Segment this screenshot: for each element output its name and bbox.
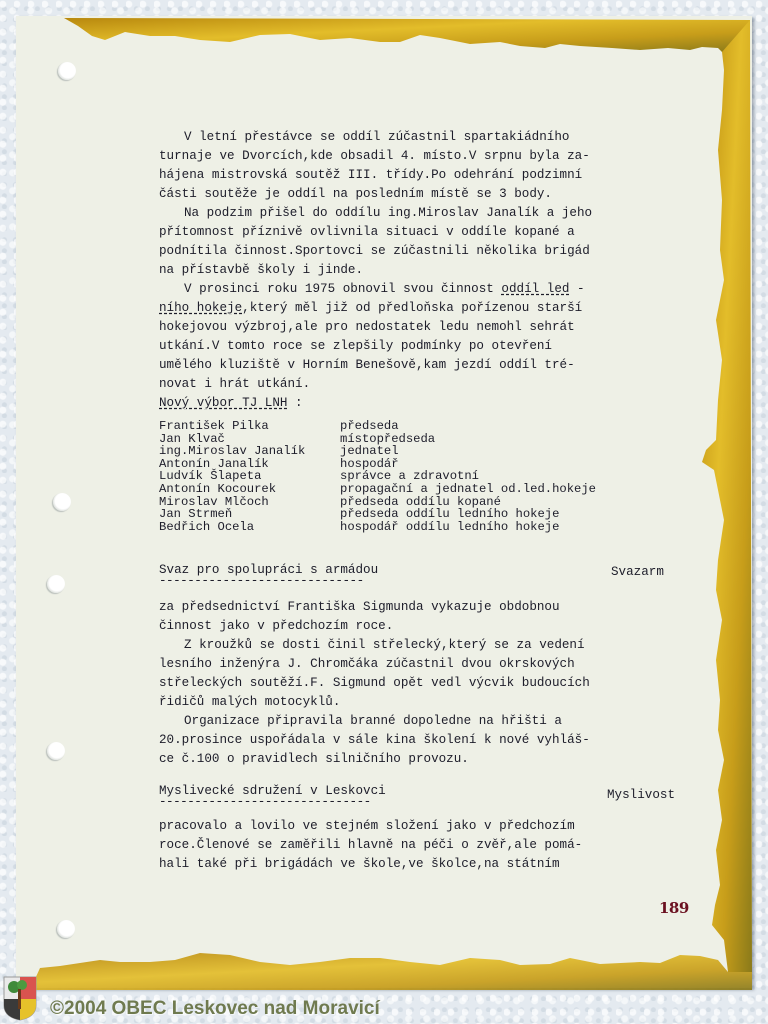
text-line: Organizace připravila branné dopoledne n… bbox=[159, 712, 562, 731]
member-role: předseda bbox=[340, 420, 399, 433]
member-role: hospodář oddílu ledního hokeje bbox=[340, 521, 559, 534]
binder-hole bbox=[58, 62, 76, 80]
text-line: části soutěže je oddíl na posledním míst… bbox=[159, 185, 552, 204]
committee-list: František PilkapředsedaJan Klvačmístopře… bbox=[159, 420, 596, 533]
text-fragment: - bbox=[569, 282, 584, 296]
member-role: propagační a jednatel od.led.hokeje bbox=[340, 483, 596, 496]
binder-hole bbox=[53, 493, 71, 511]
side-label-svazarm: Svazarm bbox=[611, 565, 664, 579]
copyright-footer: ©2004 OBEC Leskovec nad Moravicí bbox=[50, 998, 380, 1020]
text-line: 20.prosince uspořádala v sále kina škole… bbox=[159, 731, 590, 750]
text-line: turnaje ve Dvorcích,kde obsadil 4. místo… bbox=[159, 147, 590, 166]
member-role: jednatel bbox=[340, 445, 399, 458]
page-number: 189 bbox=[659, 899, 689, 917]
text-line: hokejovou výzbroj,ale pro nedostatek led… bbox=[159, 318, 575, 337]
text-line: roce.Členové se zaměřili hlavně na péči … bbox=[159, 836, 582, 855]
binder-hole bbox=[47, 742, 65, 760]
text-line: V letní přestávce se oddíl zúčastnil spa… bbox=[159, 128, 569, 147]
committee-member-row: Jan Strmeňpředseda oddílu ledního hokeje bbox=[159, 508, 596, 521]
member-name: Jan Strmeň bbox=[159, 508, 340, 521]
text-line: střeleckých soutěží.F. Sigmund opět vedl… bbox=[159, 674, 590, 693]
text-line: lesního inženýra J. Chromčáka zúčastnil … bbox=[159, 655, 575, 674]
member-name: Bedřich Ocela bbox=[159, 521, 340, 534]
text-line: hájena mistrovská soutěž III. třídy.Po o… bbox=[159, 166, 582, 185]
text-line: přítomnost příznivě ovlivnila situaci v … bbox=[159, 223, 575, 242]
municipal-coat-of-arms-icon bbox=[2, 975, 38, 1021]
side-label-myslivost: Myslivost bbox=[607, 788, 675, 802]
text-line: V prosinci roku 1975 obnovil svou činnos… bbox=[159, 280, 585, 299]
text-line: hali také při brigádách ve škole,ve škol… bbox=[159, 855, 560, 874]
text-line: na přístavbě školy i jinde. bbox=[159, 261, 363, 280]
heading-underline: ------------------------------ bbox=[159, 795, 371, 809]
text-line: novat i hrát utkání. bbox=[159, 375, 310, 394]
committee-heading: Nový výbor TJ LNH : bbox=[159, 394, 303, 413]
text-line: Z kroužků se dosti činil střelecký,který… bbox=[159, 636, 585, 655]
text-line: činnost jako v předchozím roce. bbox=[159, 617, 393, 636]
text-line: ce č.100 o pravidlech silničního provozu… bbox=[159, 750, 469, 769]
underlined-text: ního hokeje bbox=[159, 301, 242, 315]
committee-member-row: ing.Miroslav Janalíkjednatel bbox=[159, 445, 596, 458]
member-name: František Pilka bbox=[159, 420, 340, 433]
committee-member-row: Antonín Kocourekpropagační a jednatel od… bbox=[159, 483, 596, 496]
text-line: utkání.V tomto roce se zlepšily podmínky… bbox=[159, 337, 552, 356]
heading-underline: ----------------------------- bbox=[159, 574, 364, 588]
member-role: předseda oddílu ledního hokeje bbox=[340, 508, 559, 521]
text-line: ního hokeje,který měl již od předloňska … bbox=[159, 299, 582, 318]
committee-member-row: František Pilkapředseda bbox=[159, 420, 596, 433]
text-line: Na podzim přišel do oddílu ing.Miroslav … bbox=[159, 204, 592, 223]
text-fragment: : bbox=[287, 396, 302, 410]
underlined-text: Nový výbor TJ LNH bbox=[159, 396, 287, 410]
text-fragment: ,který měl již od předloňska pořízenou s… bbox=[242, 301, 582, 315]
text-line: umělého kluziště v Horním Benešově,kam j… bbox=[159, 356, 575, 375]
text-line: pracovalo a lovilo ve stejném složení ja… bbox=[159, 817, 575, 836]
member-name: Antonín Kocourek bbox=[159, 483, 340, 496]
binder-hole bbox=[47, 575, 65, 593]
text-line: řidičů malých motocyklů. bbox=[159, 693, 340, 712]
text-line: podnítila činnost.Sportovci se zúčastnil… bbox=[159, 242, 590, 261]
underlined-text: oddíl led bbox=[501, 282, 569, 296]
committee-member-row: Bedřich Ocelahospodář oddílu ledního hok… bbox=[159, 521, 596, 534]
binder-hole bbox=[57, 920, 75, 938]
text-line: za předsednictví Františka Sigmunda vyka… bbox=[159, 598, 560, 617]
text-fragment: V prosinci roku 1975 obnovil svou činnos… bbox=[184, 282, 501, 296]
member-name: ing.Miroslav Janalík bbox=[159, 445, 340, 458]
